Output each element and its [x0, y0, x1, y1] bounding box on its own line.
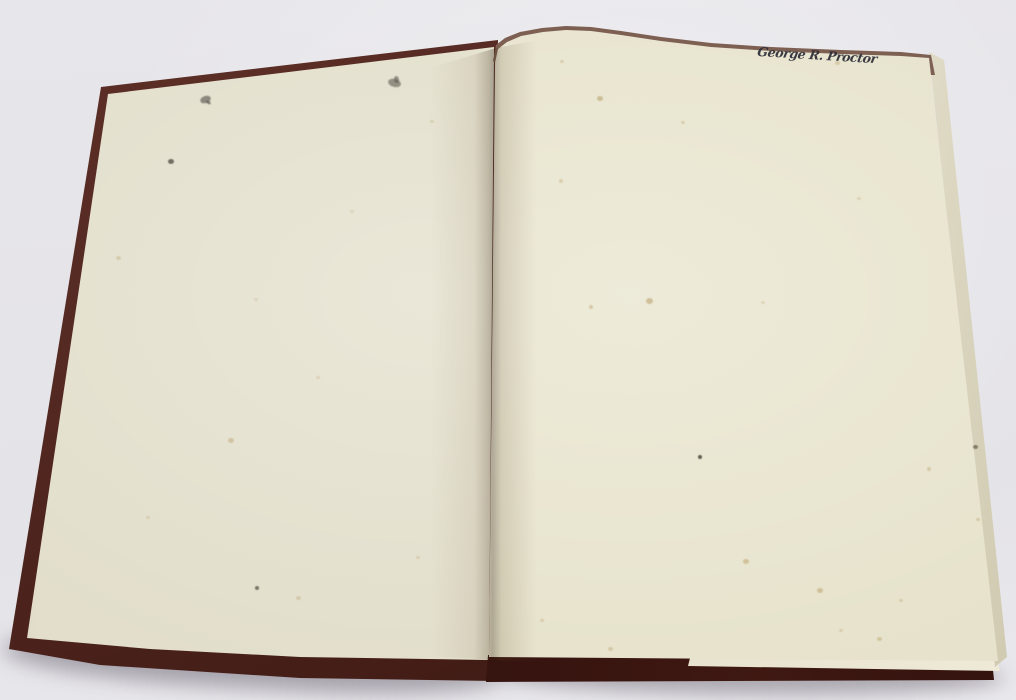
foxing-spot: [877, 637, 882, 641]
foxing-spot: [857, 197, 861, 200]
foxing-spot: [416, 556, 420, 559]
foxing-spot: [116, 256, 121, 260]
foxing-spot: [255, 586, 259, 590]
foxing-spot: [560, 60, 564, 63]
foxing-spot: [350, 210, 354, 213]
book-photograph: George R. Proctor: [0, 0, 1016, 700]
foxing-spot: [608, 647, 613, 651]
foxing-spot: [540, 619, 544, 622]
foxing-spot: [559, 179, 563, 183]
foxing-spot: [296, 596, 301, 600]
foxing-spot: [817, 588, 823, 593]
foxing-spot: [597, 96, 603, 101]
foxing-spot: [168, 159, 174, 164]
foxing-spot: [316, 376, 320, 379]
foxing-spot: [839, 629, 843, 632]
foxing-spot: [589, 305, 593, 309]
foxing-spot: [646, 298, 653, 304]
foxing-spot: [681, 121, 685, 124]
foxing-spot: [146, 516, 150, 519]
foxing-spot: [927, 467, 931, 471]
foxing-spot: [430, 120, 434, 123]
foxing-spot: [973, 445, 978, 449]
foxing-spot: [976, 518, 980, 521]
foxing-spot: [206, 100, 212, 105]
spots-layer: [0, 0, 1016, 700]
foxing-spot: [254, 298, 258, 301]
foxing-spot: [228, 438, 234, 443]
foxing-spot: [761, 301, 765, 304]
foxing-spot: [899, 599, 903, 602]
foxing-spot: [698, 455, 702, 459]
foxing-spot: [743, 559, 749, 564]
